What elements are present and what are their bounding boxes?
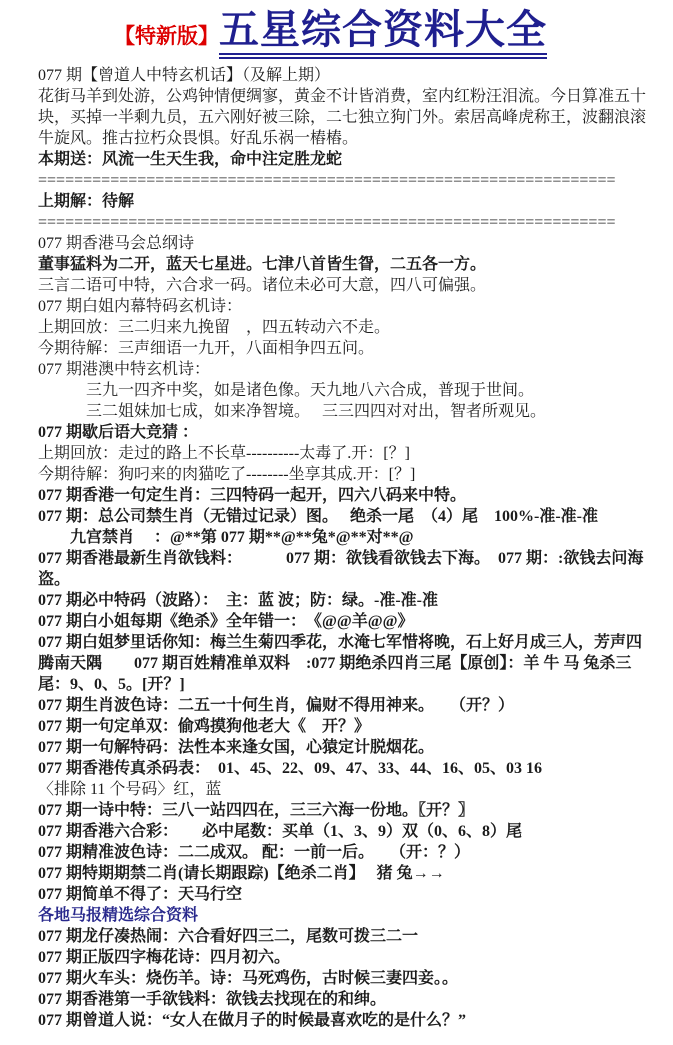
text-line: 077 期香港最新生肖欲钱料： 077 期：欲钱看欲钱去下海。 077 期：:欲… [38,548,653,590]
text-line: 077 期歇后语大竞猜 ： [38,422,653,443]
text-line: 077 期香港第一手欲钱料：欲钱去找现在的和绅。 [38,989,653,1010]
text-line: 077 期香港马会总纲诗 [38,233,653,254]
text-line: 077 期火车头：烧伤羊。诗：马死鸡伤，古时候三妻四妾。。 [38,968,653,989]
text-line: 077 期港澳中特玄机诗： [38,359,653,380]
text-line: 三二姐妹加七成，如来净智境。 三三四四对对出，智者所观见。 [38,401,653,422]
text-line: 077 期生肖波色诗：二五一十何生肖，偏财不得用神来。 （开？） [38,695,653,716]
text-line: 上期回放：三二归来九挽留 ，四五转动六不走。 [38,317,653,338]
text-line: 本期送：风流一生天生我，命中注定胜龙蛇 [38,149,653,170]
text-line: 077 期特期期禁二肖(请长期跟踪)【绝杀二肖】 猪 兔→→ [38,863,653,884]
edition-badge: 【特新版】 [114,20,219,59]
text-line: 077 期必中特码（波路）： 主：蓝 波；防：绿。-准-准-准 [38,590,653,611]
text-line: 077 期白姐梦里话你知：梅兰生菊四季花，水淹七军惜将晚，石上好月成三人，芳声四… [38,632,653,695]
text-line: 077 期精准波色诗：二二成双。 配：一前一后。 （开：？） [38,842,653,863]
text-line: 三九一四齐中奖，如是诸色像。天九地八六合成，普现于世间。 [38,380,653,401]
text-line: 077 期曾道人说：“女人在做月子的时候最喜欢吃的是什么？” [38,1010,653,1031]
lottery-tips-page: 【特新版】 五星综合资料大全 077 期【曾道人中特玄机话】（及解上期）花街马羊… [0,0,673,1031]
text-line: 077 期一句定单双：偷鸡摸狗他老大《 开？》 [38,716,653,737]
text-line: 077 期简单不得了：天马行空 [38,884,653,905]
text-line: 〈排除 11 个号码〉红，蓝 [38,779,653,800]
page-title: 五星综合资料大全 [219,8,547,59]
text-line: 077 期香港六合彩： 必中尾数：买单（1、3、9）双（0、6、8）尾 [38,821,653,842]
text-line: 077 期白姐内幕特码玄机诗： [38,296,653,317]
section-heading: 各地马报精选综合资料 [38,905,653,926]
text-line: 上期解：待解 [38,191,653,212]
text-line: 花街马羊到处游，公鸡钟情便绸寥，黄金不计皆消费，室内红粉汪泪流。今日算准五十块，… [38,86,653,149]
text-line: 三言二语可中特，六合求一码。诸位未必可大意，四八可偏强。 [38,275,653,296]
text-line: 077 期龙仔凑热闹：六合看好四三二，尾数可拨三二一 [38,926,653,947]
separator-line: ========================================… [38,212,653,233]
text-line: 今期待解：狗叼来的肉猫吃了--------坐享其成.开：[？] [38,464,653,485]
separator-line: ========================================… [38,170,653,191]
content-body: 077 期【曾道人中特玄机话】（及解上期）花街马羊到处游，公鸡钟情便绸寥，黄金不… [38,65,653,1031]
text-line: 077 期一句解特码：法性本来逢女国，心猿定计脱烟花。 [38,737,653,758]
text-line: 077 期【曾道人中特玄机话】（及解上期） [38,65,653,86]
text-line: 董事猛料为二开，蓝天七星进。七津八首皆生眢，二五各一方。 [38,254,653,275]
text-line: 九宫禁肖 ：@**第 077 期**@**兔*@**对**@ [38,527,653,548]
text-line: 077 期白小姐每期《绝杀》全年错一： 《@@羊@@》 [38,611,653,632]
page-header: 【特新版】 五星综合资料大全 [38,8,623,59]
text-line: 077 期香港一句定生肖：三四特码一起开，四六八码来中特。 [38,485,653,506]
text-line: 077 期：总公司禁生肖（无错过记录）图。 绝杀一尾 （4）尾 100%-准-准… [38,506,653,527]
text-line: 077 期香港传真杀码表： 01、45、22、09、47、33、44、16、05… [38,758,653,779]
text-line: 上期回放：走过的路上不长草----------太毒了.开：[？] [38,443,653,464]
text-line: 今期待解：三声细语一九开，八面相争四五问。 [38,338,653,359]
text-line: 077 期一诗中特：三八一站四四在，三三六海一份地。〖开？〗 [38,800,653,821]
text-line: 077 期正版四字梅花诗：四月初六。 [38,947,653,968]
